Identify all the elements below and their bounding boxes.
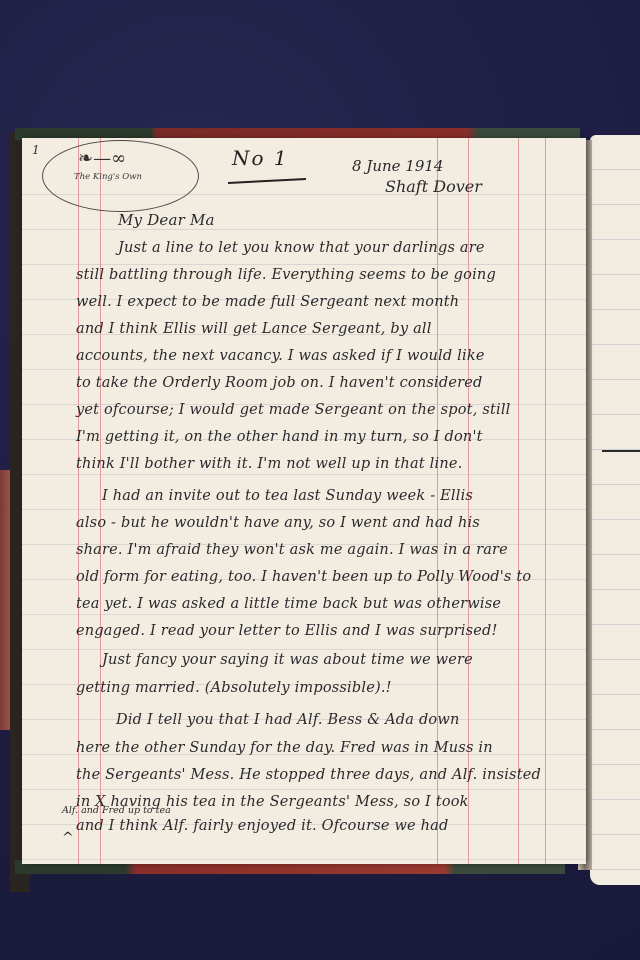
letter-line: getting married. (Absolutely impossible)…: [76, 680, 392, 696]
letterhead-text: The King's Own: [74, 172, 142, 182]
letter-line: the Sergeants' Mess. He stopped three da…: [76, 767, 541, 783]
letter-line: I had an invite out to tea last Sunday w…: [102, 488, 473, 504]
column-rule: [518, 138, 519, 864]
letter-line: well. I expect to be made full Sergeant …: [76, 294, 459, 310]
column-rule: [545, 138, 546, 864]
letter-line: share. I'm afraid they won't ask me agai…: [76, 542, 508, 558]
salutation: My Dear Ma: [118, 211, 215, 229]
letter-line: also - but he wouldn't have any, so I we…: [76, 515, 480, 531]
letter-line: and I think Ellis will get Lance Sergean…: [76, 321, 432, 337]
letter-line: think I'll bother with it. I'm not well …: [76, 456, 462, 472]
facing-page-mark: [602, 450, 640, 452]
letter-date: 8 June 1914: [352, 157, 443, 175]
letter-line: I'm getting it, on the other hand in my …: [76, 429, 483, 445]
letter-line: to take the Orderly Room job on. I haven…: [76, 375, 483, 391]
letter-place: Shaft Dover: [385, 177, 482, 196]
letter-line: engaged. I read your letter to Ellis and…: [76, 623, 498, 639]
letter-line: Just a line to let you know that your da…: [118, 240, 485, 256]
facing-page: [590, 135, 640, 885]
letter-line: tea yet. I was asked a little time back …: [76, 596, 501, 612]
letter-line: old form for eating, too. I haven't been…: [76, 569, 531, 585]
letter-line: Did I tell you that I had Alf. Bess & Ad…: [116, 712, 460, 728]
page-number: 1: [32, 143, 40, 157]
letter-line: yet ofcourse; I would get made Sergeant …: [76, 402, 511, 418]
letter-number: No 1: [232, 146, 289, 170]
letter-line: still battling through life. Everything …: [76, 267, 496, 283]
letter-line: Just fancy your saying it was about time…: [102, 652, 473, 668]
letter-line: and I think Alf. fairly enjoyed it. Ofco…: [76, 818, 449, 834]
insertion-caret: ^: [62, 830, 74, 846]
regimental-crest-icon: ❧—∞: [78, 148, 126, 169]
letter-line: accounts, the next vacancy. I was asked …: [76, 348, 485, 364]
letter-line: here the other Sunday for the day. Fred …: [76, 740, 493, 756]
interlinear-insertion: Alf. and Fred up to tea: [62, 805, 171, 816]
